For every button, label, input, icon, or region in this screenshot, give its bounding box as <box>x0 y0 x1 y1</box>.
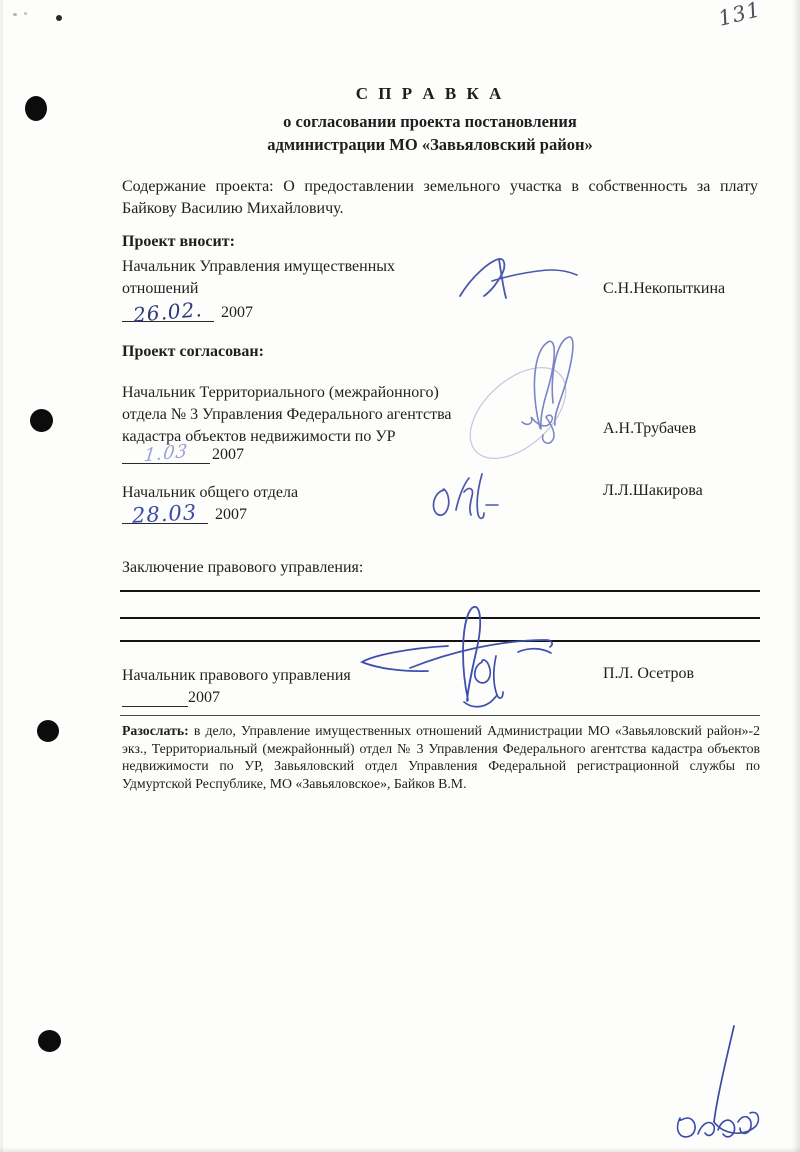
scan-speck <box>13 13 17 16</box>
document-title-block: С П Р А В К А о согласовании проекта пос… <box>122 82 738 156</box>
signature-trubachev <box>458 328 598 468</box>
document-title: С П Р А В К А <box>122 82 738 105</box>
punch-hole-mark <box>30 409 53 432</box>
date-year: 2007 <box>221 304 253 321</box>
handwritten-page-number: 131 <box>716 0 764 31</box>
handwritten-date: 28.03 <box>132 500 198 527</box>
submit-date-row: 26.02.2007 <box>122 299 253 325</box>
date-year: 2007 <box>188 689 220 706</box>
signature-bottom-right <box>662 1020 777 1150</box>
punch-hole-mark <box>37 720 59 742</box>
agreed-signer-name-2: Л.Л.Шакирова <box>603 482 703 500</box>
agreed-section-heading: Проект согласован: <box>122 343 264 361</box>
submit-signer-name: С.Н.Некопыткина <box>603 280 725 298</box>
agreed-date-row-2: 28.032007 <box>122 501 247 527</box>
project-summary: Содержание проекта: О предоставлении зем… <box>122 176 758 220</box>
agreed-position-1: Начальник Территориального (межрайонного… <box>122 382 482 448</box>
scan-edge-right <box>792 0 800 1152</box>
signature-shakirova <box>420 458 510 528</box>
punch-hole-mark <box>25 96 47 121</box>
legal-signer-name: П.Л. Осетров <box>603 665 694 683</box>
date-year: 2007 <box>215 506 247 523</box>
handwritten-date: 1.03 <box>143 441 189 467</box>
separator-line <box>120 715 760 716</box>
scan-speck <box>56 15 62 21</box>
distribution-label: Разослать: <box>122 723 189 738</box>
document-subtitle-line2: администрации МО «Завьяловский район» <box>122 133 738 156</box>
scan-edge-left <box>0 0 3 1152</box>
distribution-paragraph: Разослать: в дело, Управление имуществен… <box>122 722 760 792</box>
scan-speck <box>24 12 27 15</box>
date-underline: 28.03 <box>122 501 208 524</box>
date-underline <box>122 684 188 707</box>
signature-osetrov <box>350 600 560 712</box>
scanned-document-page: 131 С П Р А В К А о согласовании проекта… <box>0 0 800 1152</box>
agreed-date-row-1: 1.032007 <box>122 441 244 467</box>
distribution-text: в дело, Управление имущественных отношен… <box>122 723 760 791</box>
submit-section-heading: Проект вносит: <box>122 233 235 251</box>
ruled-line <box>120 590 760 592</box>
punch-hole-mark <box>38 1030 61 1052</box>
agreed-signer-name-1: А.Н.Трубачев <box>603 420 696 438</box>
legal-date-row: 2007 <box>122 684 220 710</box>
date-underline: 26.02. <box>122 299 214 322</box>
legal-section-heading: Заключение правового управления: <box>122 557 363 579</box>
date-year: 2007 <box>212 446 244 463</box>
handwritten-date: 26.02. <box>132 297 203 327</box>
date-underline: 1.03 <box>122 441 210 464</box>
document-subtitle-line1: о согласовании проекта постановления <box>122 110 738 133</box>
submit-position: Начальник Управления имущественных отнош… <box>122 256 422 300</box>
signature-nekopytkina <box>452 246 582 306</box>
